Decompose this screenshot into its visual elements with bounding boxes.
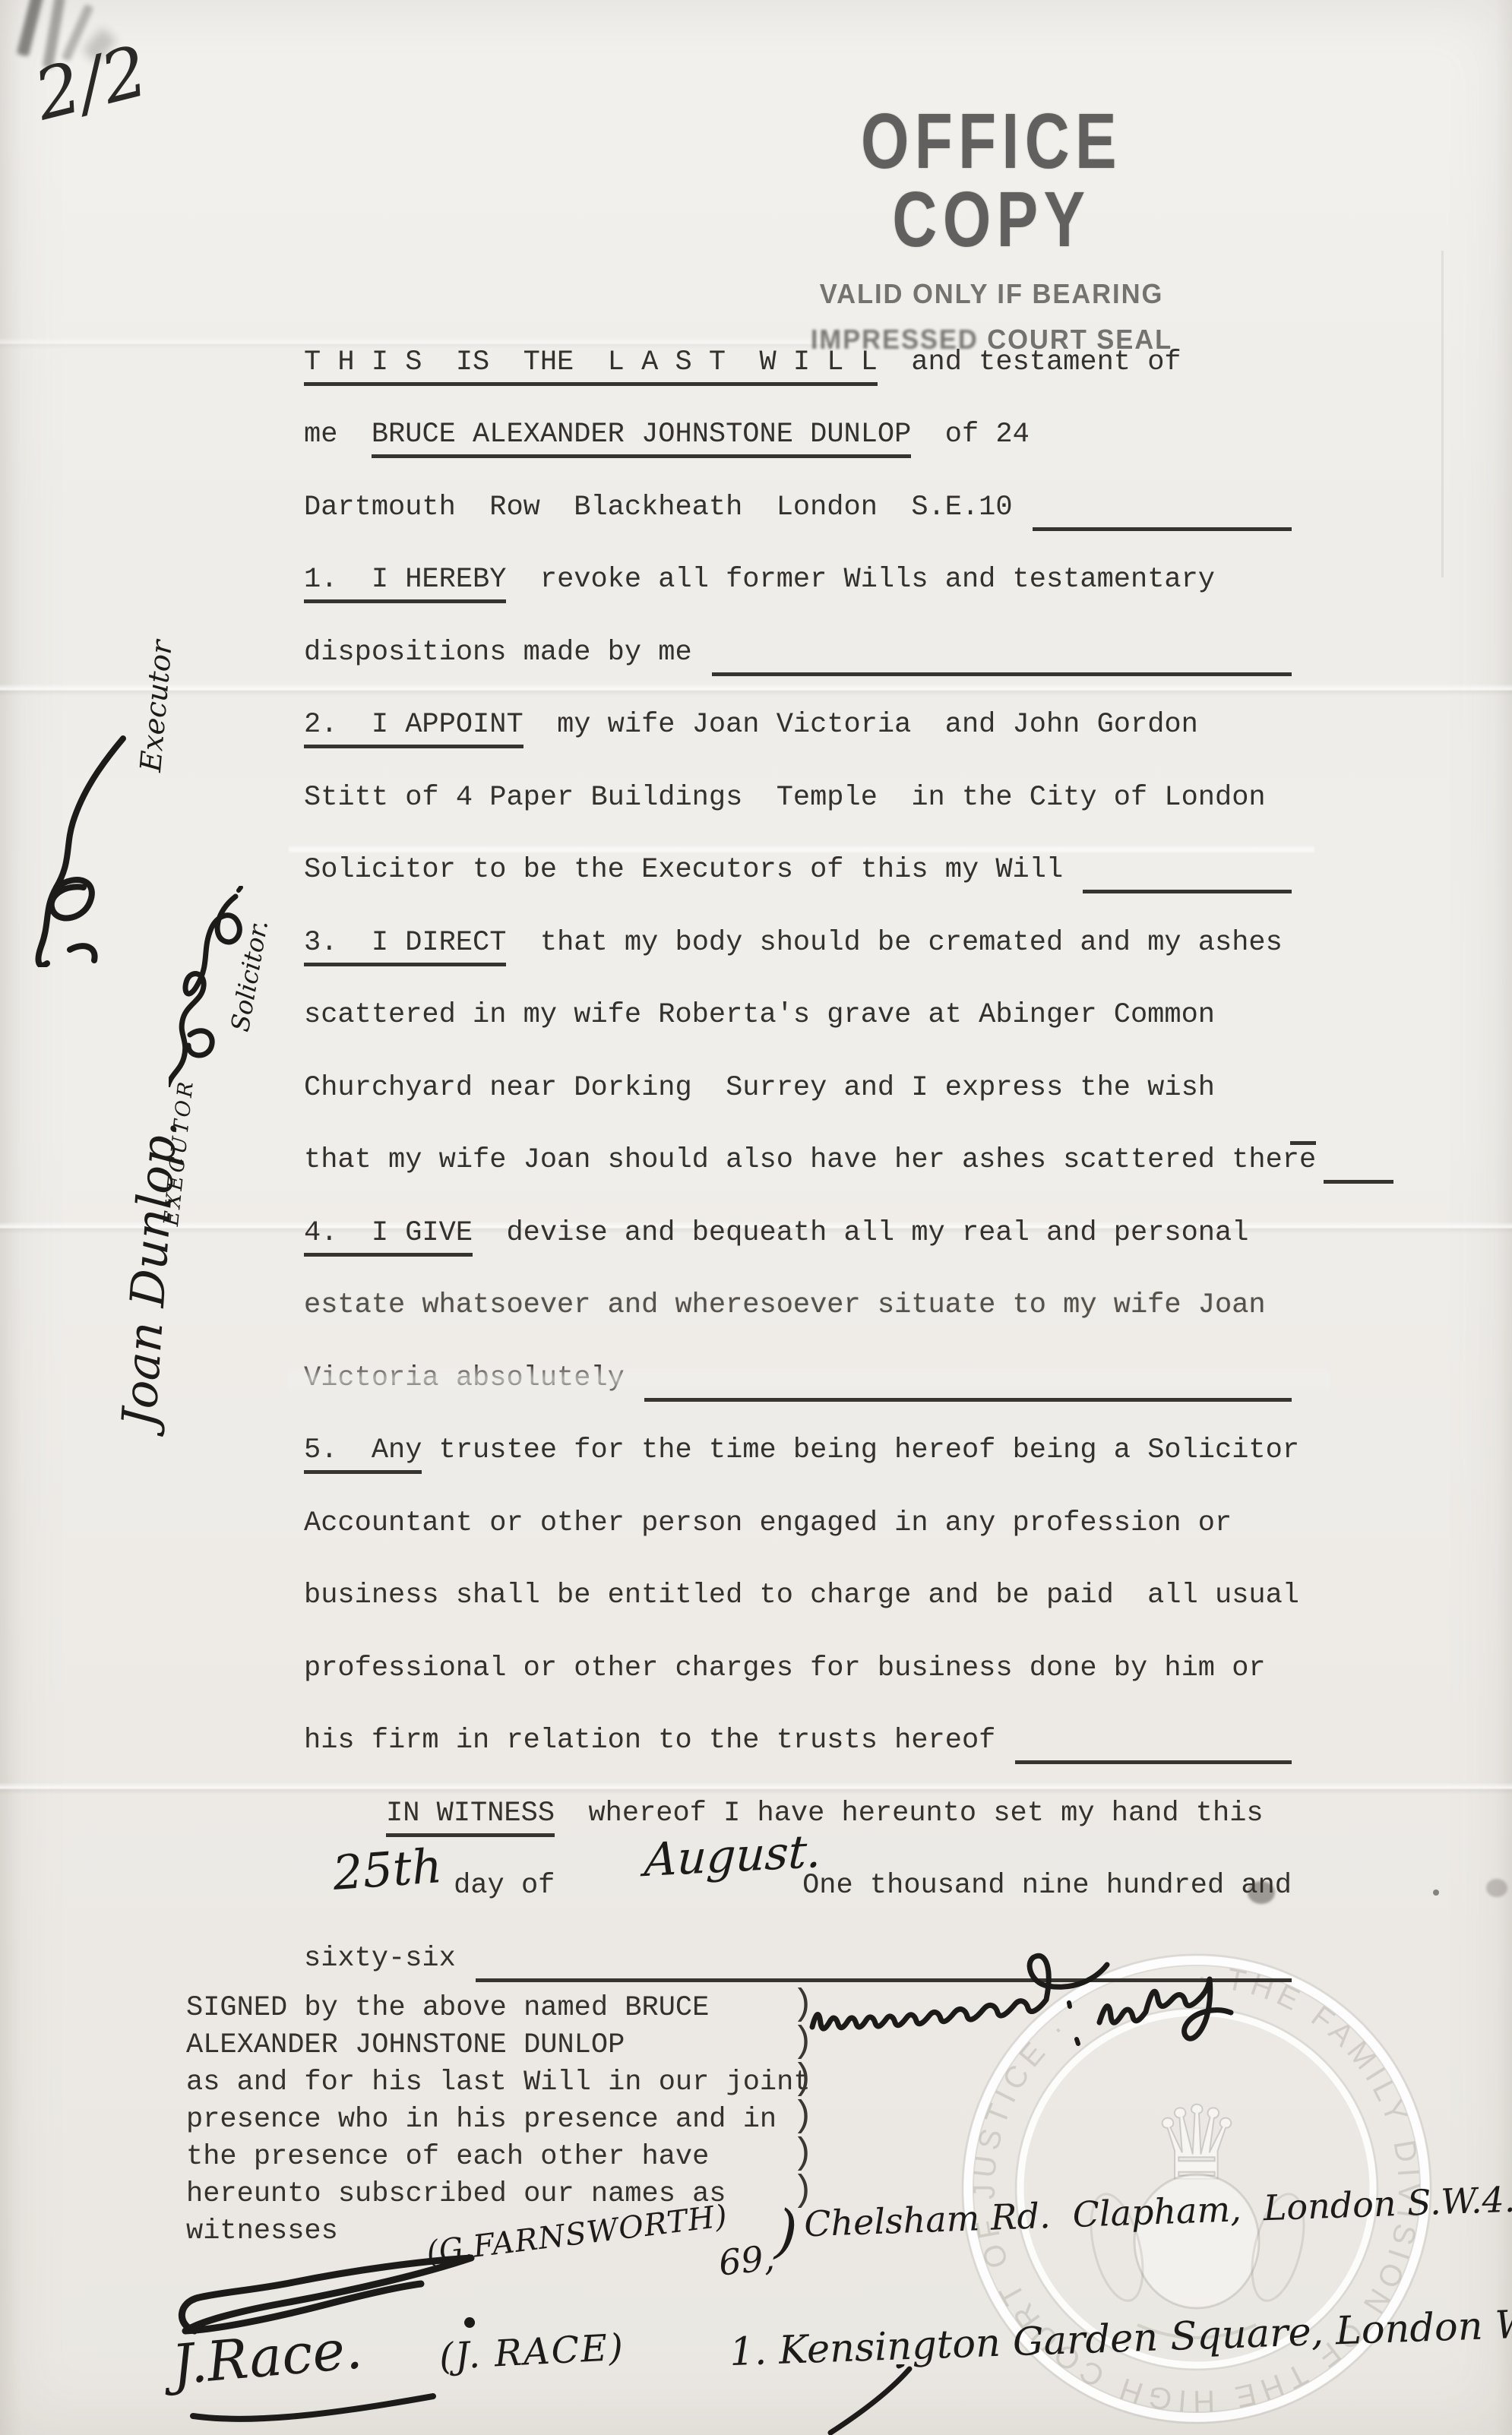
clause-1-heading: 1. I HEREBY: [304, 564, 506, 603]
will-line: 4. I GIVE devise and bequeath all my rea…: [304, 1184, 1292, 1257]
line-text: day of: [454, 1870, 555, 1909]
witness2-signature-flourish: [188, 2392, 439, 2426]
line-text: Solicitor to be the Executors of this my…: [304, 854, 1063, 893]
testator-signature: [802, 1950, 1250, 2056]
line-text: revoke all former Wills and testamentary: [506, 564, 1215, 603]
will-line: Churchyard near Dorking Surrey and I exp…: [304, 1039, 1292, 1112]
scanned-will-document: · THE FAMILY DIVISION OF THE HIGH COURT …: [0, 0, 1512, 2435]
line-text: professional or other charges for busine…: [304, 1652, 1266, 1692]
line-text: and testament of: [878, 346, 1181, 386]
handwritten-bracket: ): [773, 2197, 799, 2266]
inserted-dash: [1290, 1141, 1316, 1145]
line-text: Accountant or other person engaged in an…: [304, 1507, 1232, 1547]
heading-underlined: T H I S IS THE L A S T W I L L: [304, 346, 878, 386]
attestation-line: presence who in his presence and in: [186, 2104, 811, 2141]
line-text: trustee for the time being hereof being …: [422, 1434, 1299, 1474]
will-line: 1. I HEREBY revoke all former Wills and …: [304, 531, 1292, 604]
attestation-line: ALEXANDER JOHNSTONE DUNLOP: [186, 2029, 811, 2067]
will-line: Accountant or other person engaged in an…: [304, 1474, 1292, 1547]
line-text: estate whatsoever and wheresoever situat…: [304, 1289, 1266, 1329]
will-body-text: T H I S IS THE L A S T W I L L and testa…: [304, 313, 1292, 1982]
will-line: T H I S IS THE L A S T W I L L and testa…: [304, 313, 1292, 386]
witness2-printed-name: (J. RACE): [438, 2326, 626, 2379]
line-text: sixty-six: [304, 1943, 456, 1982]
line-text: scattered in my wife Roberta's grave at …: [304, 999, 1215, 1039]
bracket: ): [792, 2133, 814, 2171]
clause-4-heading: 4. I GIVE: [304, 1217, 473, 1257]
in-witness-heading: IN WITNESS: [386, 1798, 555, 1837]
will-line: professional or other charges for busine…: [304, 1619, 1292, 1692]
attestation-line: the presence of each other have: [186, 2141, 811, 2178]
paper-tear: [289, 845, 1314, 854]
attestation-line: as and for his last Will in our joint: [186, 2067, 811, 2104]
handwritten-day: 25th: [331, 1838, 444, 1901]
line-text: whereof I have hereunto set my hand this: [555, 1798, 1264, 1837]
will-line: 5. Any trustee for the time being hereof…: [304, 1402, 1292, 1475]
ink-blot: [1486, 1879, 1507, 1897]
stray-pen-stroke: [824, 2364, 919, 2435]
line-text: One thousand nine hundred and: [802, 1870, 1292, 1909]
will-line: his firm in relation to the trusts hereo…: [304, 1692, 1292, 1765]
stamp-title: OFFICE COPY: [787, 102, 1196, 258]
bracket: ): [792, 2059, 814, 2096]
attestation-line: SIGNED by the above named BRUCE: [186, 1992, 811, 2029]
blank-fill-line: [1324, 1180, 1393, 1184]
clause-5-heading: 5. Any: [304, 1434, 422, 1474]
paper-crease-vertical: [1441, 251, 1444, 577]
line-text: of 24: [911, 419, 1029, 458]
fold-fade-streak: [289, 1366, 1330, 1393]
will-line: Dartmouth Row Blackheath London S.E.10: [304, 458, 1292, 531]
handwritten-month: August.: [643, 1825, 822, 1887]
will-line: me BRUCE ALEXANDER JOHNSTONE DUNLOP of 2…: [304, 386, 1292, 459]
line-text: his firm in relation to the trusts hereo…: [304, 1725, 995, 1764]
will-line: that my wife Joan should also have her a…: [304, 1112, 1292, 1184]
line-text: Churchyard near Dorking Surrey and I exp…: [304, 1072, 1215, 1112]
will-line: business shall be entitled to charge and…: [304, 1547, 1292, 1620]
line-text: that my wife Joan should also have her a…: [304, 1144, 1316, 1184]
margin-executor-signature: [30, 728, 141, 967]
bracket: ): [792, 2096, 814, 2133]
stamp-subtitle-1: VALID ONLY IF BEARING: [758, 278, 1225, 310]
line-text: my wife Joan Victoria and John Gordon: [524, 709, 1198, 748]
line-text: me: [304, 419, 372, 458]
will-line: dispositions made by me: [304, 603, 1292, 676]
will-line: Stitt of 4 Paper Buildings Temple in the…: [304, 748, 1292, 821]
line-text: that my body should be cremated and my a…: [506, 927, 1282, 966]
will-line-faded-by-fold: estate whatsoever and wheresoever situat…: [304, 1257, 1292, 1330]
line-text: Dartmouth Row Blackheath London S.E.10: [304, 492, 1013, 531]
will-line: Solicitor to be the Executors of this my…: [304, 821, 1292, 894]
ink-speck: [1433, 1889, 1439, 1896]
line-text: business shall be entitled to charge and…: [304, 1580, 1299, 1619]
clause-2-heading: 2. I APPOINT: [304, 709, 524, 748]
will-line: scattered in my wife Roberta's grave at …: [304, 966, 1292, 1039]
will-line: 2. I APPOINT my wife Joan Victoria and J…: [304, 676, 1292, 749]
line-text: Stitt of 4 Paper Buildings Temple in the…: [304, 782, 1266, 821]
testator-name-underlined: BRUCE ALEXANDER JOHNSTONE DUNLOP: [372, 419, 912, 458]
will-line: 3. I DIRECT that my body should be crema…: [304, 893, 1292, 966]
clause-3-heading: 3. I DIRECT: [304, 927, 506, 966]
line-text: devise and bequeath all my real and pers…: [473, 1217, 1248, 1257]
line-text: dispositions made by me: [304, 637, 692, 676]
witness1-house-number: 69,: [716, 2237, 776, 2283]
